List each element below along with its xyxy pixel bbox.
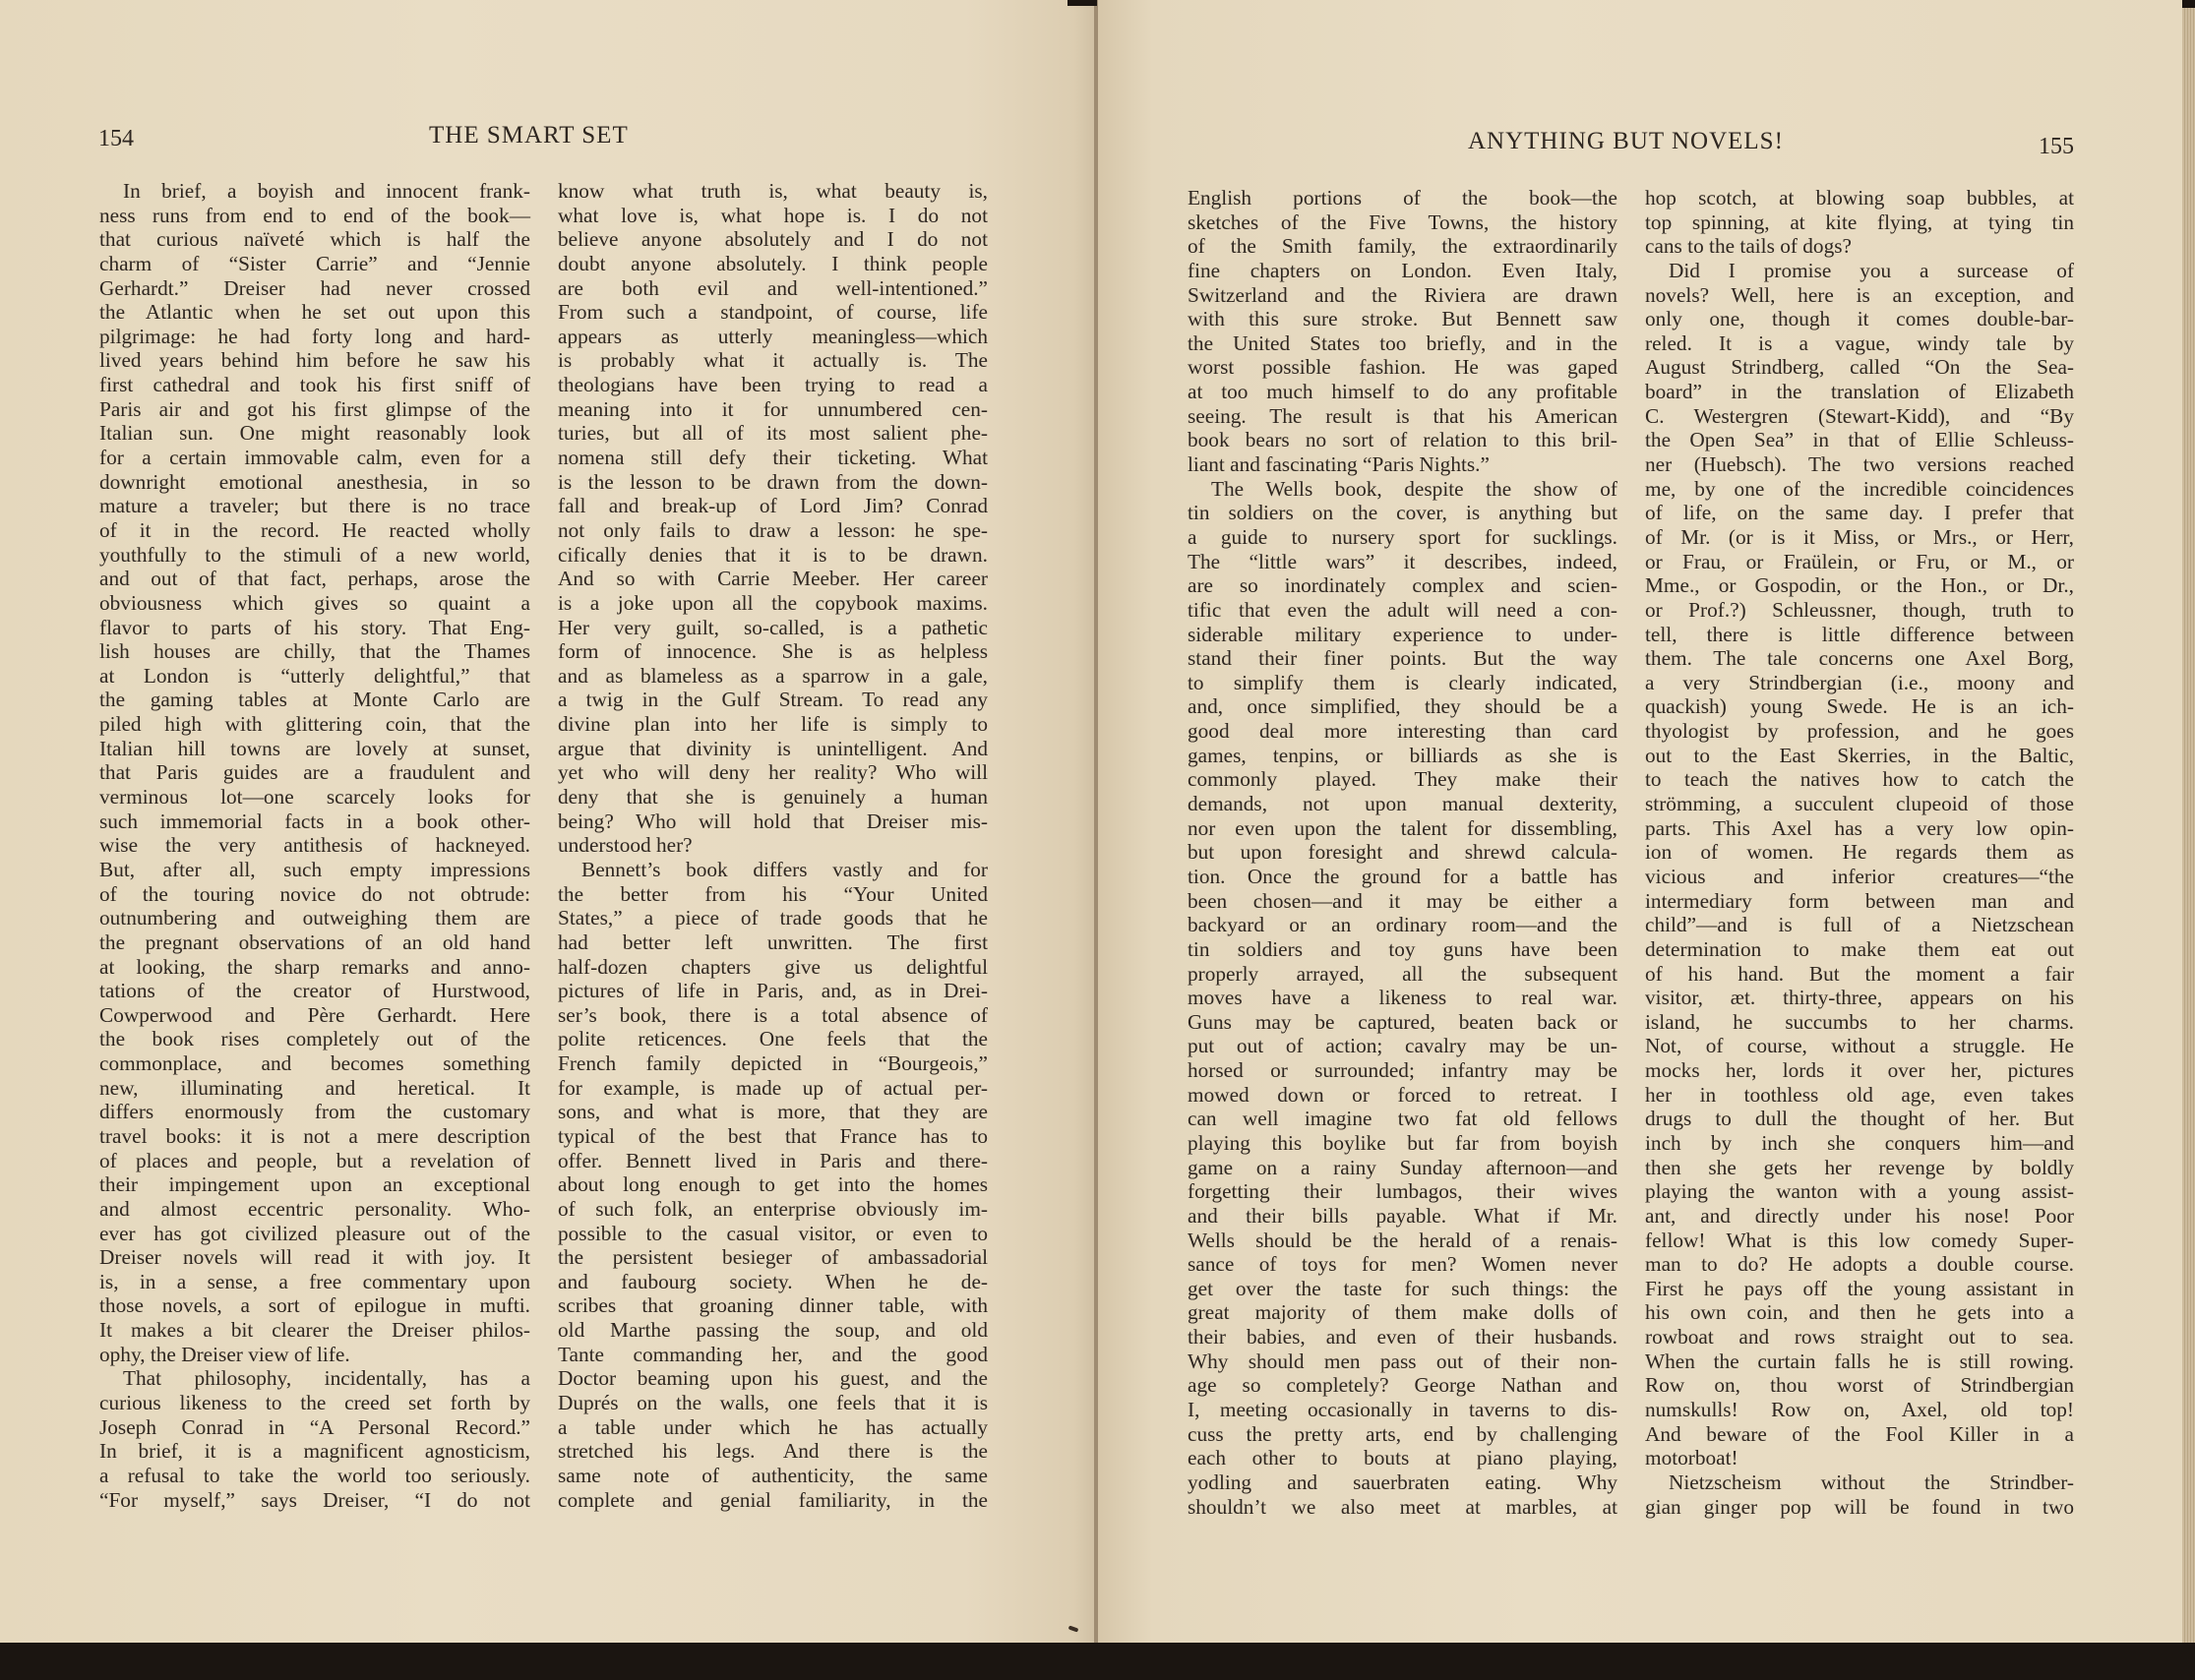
text-line: complete and genial familiarity, in the xyxy=(558,1488,988,1513)
text-line: doubt anyone absolutely. I think people xyxy=(558,252,988,276)
text-line: ophy, the Dreiser view of life. xyxy=(99,1343,530,1367)
text-line: them. The tale concerns one Axel Borg, xyxy=(1645,646,2074,671)
text-line: tations of the creator of Hurstwood, xyxy=(99,979,530,1003)
text-line: Mme., or Gospodin, or the Hon., or Dr., xyxy=(1645,573,2074,598)
text-line: When the curtain falls he is still rowin… xyxy=(1645,1350,2074,1374)
text-line: parts. This Axel has a very low opin- xyxy=(1645,816,2074,841)
text-line: mowed down or forced to retreat. I xyxy=(1188,1083,1617,1108)
text-column-1: English portions of the book—thesketches… xyxy=(1188,186,1617,1519)
text-line: States,” a piece of trade goods that he xyxy=(558,906,988,930)
text-line: vicious and inferior creatures—“the xyxy=(1645,865,2074,889)
text-line: Nietzscheism without the Strindber- xyxy=(1645,1470,2074,1495)
text-line: Row on, thou worst of Strindbergian xyxy=(1645,1373,2074,1398)
text-line: offer. Bennett lived in Paris and there- xyxy=(558,1149,988,1173)
text-line: scribes that groaning dinner table, with xyxy=(558,1293,988,1318)
text-line: the book rises completely out of the xyxy=(99,1027,530,1051)
text-line: the pregnant observations of an old hand xyxy=(99,930,530,955)
text-line: been chosen—and it may be either a xyxy=(1188,889,1617,914)
text-line: inch by inch she conquers him—and xyxy=(1645,1131,2074,1156)
text-line: French family depicted in “Bourgeois,” xyxy=(558,1051,988,1076)
text-line: horsed or surrounded; infantry may be xyxy=(1188,1058,1617,1083)
text-line: novels? Well, here is an exception, and xyxy=(1645,283,2074,308)
text-line: pictures of life in Paris, and, as in Dr… xyxy=(558,979,988,1003)
text-line: ner (Huebsch). The two versions reached xyxy=(1645,452,2074,477)
text-line: properly arrayed, all the subsequent xyxy=(1188,962,1617,987)
text-line: curious likeness to the creed set forth … xyxy=(99,1391,530,1415)
text-line: or Prof.?) Schleussner, though, truth to xyxy=(1645,598,2074,623)
text-line: board” in the translation of Elizabeth xyxy=(1645,380,2074,404)
text-line: worst possible fashion. He was gaped xyxy=(1188,355,1617,380)
text-line: argue that divinity is unintelligent. An… xyxy=(558,737,988,761)
text-line: ever has got civilized pleasure out of t… xyxy=(99,1222,530,1246)
text-line: nor even upon the talent for dissembling… xyxy=(1188,816,1617,841)
text-line: great majority of them make dolls of xyxy=(1188,1300,1617,1325)
text-line: same note of authenticity, the same xyxy=(558,1464,988,1488)
text-line: numskulls! Row on, Axel, old top! xyxy=(1645,1398,2074,1422)
text-line: stand their finer points. But the way xyxy=(1188,646,1617,671)
text-line: From such a standpoint, of course, life xyxy=(558,300,988,325)
text-line: book bears no sort of relation to this b… xyxy=(1188,428,1617,452)
text-line: tin soldiers on the cover, is anything b… xyxy=(1188,501,1617,525)
text-line: are both evil and well-intentioned.” xyxy=(558,276,988,301)
text-line: Wells should be the herald of a renais- xyxy=(1188,1229,1617,1253)
text-line: wise the very antithesis of hackneyed. xyxy=(99,833,530,858)
text-line: ion of women. He regards them as xyxy=(1645,840,2074,865)
text-line: forgetting their lumbagos, their wives xyxy=(1188,1179,1617,1204)
text-line: tific that even the adult will need a co… xyxy=(1188,598,1617,623)
text-line: It makes a bit clearer the Dreiser philo… xyxy=(99,1318,530,1343)
text-line: ant, and directly under his nose! Poor xyxy=(1645,1204,2074,1229)
text-line: and almost eccentric personality. Who- xyxy=(99,1197,530,1222)
text-line: of the touring novice do not obtrude: xyxy=(99,882,530,907)
text-line: First he pays off the young assistant in xyxy=(1645,1277,2074,1301)
text-line: Dreiser novels will read it with joy. It xyxy=(99,1245,530,1270)
text-line: intermediary form between man and xyxy=(1645,889,2074,914)
text-line: cifically denies that it is to be drawn. xyxy=(558,543,988,568)
text-line: But, after all, such empty impressions xyxy=(99,858,530,882)
text-line: thyologist by profession, and he goes xyxy=(1645,719,2074,744)
text-line: know what truth is, what beauty is, xyxy=(558,179,988,204)
text-line: a twig in the Gulf Stream. To read any xyxy=(558,688,988,712)
text-line: but upon foresight and shrewd calcula- xyxy=(1188,840,1617,865)
text-line: fine chapters on London. Even Italy, xyxy=(1188,259,1617,283)
page-edges xyxy=(2182,8,2195,1670)
text-line: each other to bouts at piano playing, xyxy=(1188,1446,1617,1470)
text-line: Did I promise you a surcease of xyxy=(1645,259,2074,283)
text-column-1: In brief, a boyish and innocent frank-ne… xyxy=(99,179,530,1512)
text-line: backyard or an ordinary room—and the xyxy=(1188,913,1617,937)
text-line: “For myself,” says Dreiser, “I do not xyxy=(99,1488,530,1513)
text-line: Not, of course, without a struggle. He xyxy=(1645,1034,2074,1058)
text-line: outnumbering and outweighing them are xyxy=(99,906,530,930)
text-line: the United States too briefly, and in th… xyxy=(1188,331,1617,356)
text-line: appears as utterly meaningless—which xyxy=(558,325,988,349)
text-line: is a joke upon all the copybook maxims. xyxy=(558,591,988,616)
text-line: those novels, a sort of epilogue in muft… xyxy=(99,1293,530,1318)
text-line: siderable military experience to under- xyxy=(1188,623,1617,647)
text-line: first cathedral and took his first sniff… xyxy=(99,373,530,397)
text-line: and as blameless as a sparrow in a gale, xyxy=(558,664,988,689)
text-line: new, illuminating and heretical. It xyxy=(99,1076,530,1101)
text-line: is the lesson to be drawn from the down- xyxy=(558,470,988,495)
text-line: that Paris guides are a fraudulent and xyxy=(99,760,530,785)
text-line: what love is, what hope is. I do not xyxy=(558,204,988,228)
text-line: and out of that fact, perhaps, arose the xyxy=(99,567,530,591)
text-line: is probably what it actually is. The xyxy=(558,348,988,373)
text-line: of the Smith family, the extraordinarily xyxy=(1188,234,1617,259)
text-line: a guide to nursery sport for sucklings. xyxy=(1188,525,1617,550)
text-line: hop scotch, at blowing soap bubbles, at xyxy=(1645,186,2074,210)
text-line: Cowperwood and Père Gerhardt. Here xyxy=(99,1003,530,1028)
text-line: And so with Carrie Meeber. Her career xyxy=(558,567,988,591)
text-line: mocks her, lords it over her, pictures xyxy=(1645,1058,2074,1083)
text-line: In brief, a boyish and innocent frank- xyxy=(99,179,530,204)
text-line: or Frau, or Fraülein, or Fru, or M., or xyxy=(1645,550,2074,574)
text-line: visitor, æt. thirty-three, appears on hi… xyxy=(1645,986,2074,1010)
text-line: of his hand. But the moment a fair xyxy=(1645,962,2074,987)
text-line: his own coin, and then he gets into a xyxy=(1645,1300,2074,1325)
text-line: at London is “utterly delightful,” that xyxy=(99,664,530,689)
text-line: Tante commanding her, and the good xyxy=(558,1343,988,1367)
text-line: good deal more interesting than card xyxy=(1188,719,1617,744)
text-line: cuss the pretty arts, end by challenging xyxy=(1188,1422,1617,1447)
text-line: nomena still defy their ticketing. What xyxy=(558,446,988,470)
text-line: Italian hill towns are lovely at sunset, xyxy=(99,737,530,761)
text-column-2: hop scotch, at blowing soap bubbles, att… xyxy=(1645,186,2074,1519)
text-line: rowboat and rows straight out to sea. xyxy=(1645,1325,2074,1350)
text-line: at looking, the sharp remarks and anno- xyxy=(99,955,530,980)
text-line: That philosophy, incidentally, has a xyxy=(99,1366,530,1391)
text-line: child”—and is full of a Nietzschean xyxy=(1645,913,2074,937)
text-line: gian ginger pop will be found in two xyxy=(1645,1495,2074,1520)
text-line: can well imagine two fat old fellows xyxy=(1188,1107,1617,1131)
text-line: and, once simplified, they should be a xyxy=(1188,694,1617,719)
text-line: at too much himself to do any profitable xyxy=(1188,380,1617,404)
text-line: and their bills payable. What if Mr. xyxy=(1188,1204,1617,1229)
text-line: put out of action; cavalry may be un- xyxy=(1188,1034,1617,1058)
text-line: Switzerland and the Riviera are drawn xyxy=(1188,283,1617,308)
text-line: pilgrimage: he had forty long and hard- xyxy=(99,325,530,349)
text-line: differs enormously from the customary xyxy=(99,1100,530,1124)
text-line: drugs to dull the thought of her. But xyxy=(1645,1107,2074,1131)
text-line: And beware of the Fool Killer in a xyxy=(1645,1422,2074,1447)
text-line: mature a traveler; but there is no trace xyxy=(99,494,530,518)
text-line: of it in the record. He reacted wholly xyxy=(99,518,530,543)
text-line: the better from his “Your United xyxy=(558,882,988,907)
text-line: tin soldiers and toy guns have been xyxy=(1188,937,1617,962)
text-line: liant and fascinating “Paris Nights.” xyxy=(1188,452,1617,477)
text-line: the Open Sea” in that of Ellie Schleuss- xyxy=(1645,428,2074,452)
text-line: top spinning, at kite flying, at tying t… xyxy=(1645,210,2074,235)
right-page: ANYTHING BUT NOVELS! 155 English portion… xyxy=(1098,0,2182,1662)
text-line: polite reticences. One feels that the xyxy=(558,1027,988,1051)
text-line: then she gets her revenge by boldly xyxy=(1645,1156,2074,1180)
text-line: me, by one of the incredible coincidence… xyxy=(1645,477,2074,502)
text-line: yet who will deny her reality? Who will xyxy=(558,760,988,785)
running-head: ANYTHING BUT NOVELS! xyxy=(1468,128,1784,155)
text-line: Why should men pass out of their non- xyxy=(1188,1350,1617,1374)
text-line: deny that she is genuinely a human xyxy=(558,785,988,810)
text-line: that curious naïveté which is half the xyxy=(99,227,530,252)
text-line: tell, there is little difference between xyxy=(1645,623,2074,647)
text-line: motorboat! xyxy=(1645,1446,2074,1470)
text-line: is, in a sense, a free commentary upon xyxy=(99,1270,530,1294)
text-line: a refusal to take the world too seriousl… xyxy=(99,1464,530,1488)
text-line: man to do? He adopts a double course. xyxy=(1645,1252,2074,1277)
text-line: verminous lot—one scarcely looks for xyxy=(99,785,530,810)
text-line: commonly played. They make their xyxy=(1188,767,1617,792)
text-line: commonplace, and becomes something xyxy=(99,1051,530,1076)
text-line: strömming, a succulent clupeoid of those xyxy=(1645,792,2074,816)
text-line: cans to the tails of dogs? xyxy=(1645,234,2074,259)
text-line: to teach the natives how to catch the xyxy=(1645,767,2074,792)
text-line: a table under which he has actually xyxy=(558,1415,988,1440)
text-line: The Wells book, despite the show of xyxy=(1188,477,1617,502)
text-line: had better left unwritten. The first xyxy=(558,930,988,955)
text-line: to simplify them is clearly indicated, xyxy=(1188,671,1617,695)
text-line: flavor to parts of his story. That Eng- xyxy=(99,616,530,640)
text-line: the gaming tables at Monte Carlo are xyxy=(99,688,530,712)
text-line: out to the East Skerries, in the Baltic, xyxy=(1645,744,2074,768)
text-line: obviousness which gives so quaint a xyxy=(99,591,530,616)
text-line: sketches of the Five Towns, the history xyxy=(1188,210,1617,235)
text-line: only one, though it comes double-bar- xyxy=(1645,307,2074,331)
text-line: such immemorial facts in a book other- xyxy=(99,810,530,834)
text-line: of such folk, an enterprise obviously im… xyxy=(558,1197,988,1222)
text-line: C. Westergren (Stewart-Kidd), and “By xyxy=(1645,404,2074,429)
left-page: 154 THE SMART SET In brief, a boyish and… xyxy=(0,0,1096,1662)
book-spread: 154 THE SMART SET In brief, a boyish and… xyxy=(0,0,2195,1662)
text-line: fall and break-up of Lord Jim? Conrad xyxy=(558,494,988,518)
text-line: about long enough to get into the homes xyxy=(558,1172,988,1197)
text-line: their impingement upon an exceptional xyxy=(99,1172,530,1197)
text-line: sance of toys for men? Women never xyxy=(1188,1252,1617,1277)
text-line: August Strindberg, called “On the Sea- xyxy=(1645,355,2074,380)
text-line: stretched his legs. And there is the xyxy=(558,1439,988,1464)
text-line: meaning into it for unnumbered cen- xyxy=(558,397,988,422)
text-line: games, tenpins, or billiards as she is xyxy=(1188,744,1617,768)
text-line: and faubourg society. When he de- xyxy=(558,1270,988,1294)
text-line: half-dozen chapters give us delightful xyxy=(558,955,988,980)
text-column-2: know what truth is, what beauty is,what … xyxy=(558,179,988,1512)
text-line: Guns may be captured, beaten back or xyxy=(1188,1010,1617,1035)
text-line: Bennett’s book differs vastly and for xyxy=(558,858,988,882)
text-line: for example, is made up of actual per- xyxy=(558,1076,988,1101)
text-line: of places and people, but a revelation o… xyxy=(99,1149,530,1173)
text-line: travel books: it is not a mere descripti… xyxy=(99,1124,530,1149)
text-line: Paris air and got his first glimpse of t… xyxy=(99,397,530,422)
text-line: Doctor beaming upon his guest, and the xyxy=(558,1366,988,1391)
text-line: English portions of the book—the xyxy=(1188,186,1617,210)
text-line: Joseph Conrad in “A Personal Record.” xyxy=(99,1415,530,1440)
text-line: lish houses are chilly, that the Thames xyxy=(99,639,530,664)
text-line: seeing. The result is that his American xyxy=(1188,404,1617,429)
text-line: tion. Once the ground for a battle has xyxy=(1188,865,1617,889)
binding-shadow xyxy=(1067,0,1097,6)
text-line: playing this boylike but far from boyish xyxy=(1188,1131,1617,1156)
running-head: THE SMART SET xyxy=(429,122,629,150)
text-line: ser’s book, there is a total absence of xyxy=(558,1003,988,1028)
text-line: turies, but all of its most salient phe- xyxy=(558,421,988,446)
text-line: her in toothless old age, even takes xyxy=(1645,1083,2074,1108)
text-line: their babies, and even of their husbands… xyxy=(1188,1325,1617,1350)
text-line: possible to the casual visitor, or even … xyxy=(558,1222,988,1246)
text-line: downright emotional anesthesia, in so xyxy=(99,470,530,495)
page-number: 155 xyxy=(2039,134,2074,160)
text-line: quackish) young Swede. He is an ich- xyxy=(1645,694,2074,719)
text-line: of Mr. (or is it Miss, or Mrs., or Herr, xyxy=(1645,525,2074,550)
text-line: a very Strindbergian (i.e., moony and xyxy=(1645,671,2074,695)
text-line: playing the wanton with a young assist- xyxy=(1645,1179,2074,1204)
text-line: yodling and sauerbraten eating. Why xyxy=(1188,1470,1617,1495)
text-line: island, he succumbs to her charms. xyxy=(1645,1010,2074,1035)
text-line: believe anyone absolutely and I do not xyxy=(558,227,988,252)
text-line: Gerhardt.” Dreiser had never crossed xyxy=(99,276,530,301)
text-line: moves have a likeness to real war. xyxy=(1188,986,1617,1010)
text-line: divine plan into her life is simply to xyxy=(558,712,988,737)
text-line: with this sure stroke. But Bennett saw xyxy=(1188,307,1617,331)
text-line: theologians have been trying to read a xyxy=(558,373,988,397)
text-line: sons, and what is more, that they are xyxy=(558,1100,988,1124)
page-number: 154 xyxy=(98,126,134,152)
text-line: understood her? xyxy=(558,833,988,858)
text-line: I, meeting occasionally in taverns to di… xyxy=(1188,1398,1617,1422)
text-line: Duprés on the walls, one feels that it i… xyxy=(558,1391,988,1415)
text-line: fellow! What is this low comedy Super- xyxy=(1645,1229,2074,1253)
background-shadow xyxy=(0,1643,2195,1680)
text-line: ness runs from end to end of the book— xyxy=(99,204,530,228)
text-line: the Atlantic when he set out upon this xyxy=(99,300,530,325)
text-line: Her very guilt, so-called, is a pathetic xyxy=(558,616,988,640)
text-line: old Marthe passing the soup, and old xyxy=(558,1318,988,1343)
text-line: form of innocence. She is as helpless xyxy=(558,639,988,664)
text-line: The “little wars” it describes, indeed, xyxy=(1188,550,1617,574)
text-line: typical of the best that France has to xyxy=(558,1124,988,1149)
ink-mark xyxy=(1068,1625,1079,1632)
text-line: Italian sun. One might reasonably look xyxy=(99,421,530,446)
text-line: charm of “Sister Carrie” and “Jennie xyxy=(99,252,530,276)
text-line: of life, on the same day. I prefer that xyxy=(1645,501,2074,525)
text-line: youthfully to the stimuli of a new world… xyxy=(99,543,530,568)
text-line: the persistent besieger of ambassadorial xyxy=(558,1245,988,1270)
text-line: get over the taste for such things: the xyxy=(1188,1277,1617,1301)
text-line: for a certain immovable calm, even for a xyxy=(99,446,530,470)
text-line: game on a rainy Sunday afternoon—and xyxy=(1188,1156,1617,1180)
text-line: determination to make them eat out xyxy=(1645,937,2074,962)
text-line: being? Who will hold that Dreiser mis- xyxy=(558,810,988,834)
text-line: In brief, it is a magnificent agnosticis… xyxy=(99,1439,530,1464)
text-line: not only fails to draw a lesson: he spe- xyxy=(558,518,988,543)
text-line: shouldn’t we also meet at marbles, at xyxy=(1188,1495,1617,1520)
text-line: piled high with glittering coin, that th… xyxy=(99,712,530,737)
text-line: demands, not upon manual dexterity, xyxy=(1188,792,1617,816)
text-line: lived years behind him before he saw his xyxy=(99,348,530,373)
text-line: are so inordinately complex and scien- xyxy=(1188,573,1617,598)
text-line: age so completely? George Nathan and xyxy=(1188,1373,1617,1398)
text-line: reled. It is a vague, windy tale by xyxy=(1645,331,2074,356)
